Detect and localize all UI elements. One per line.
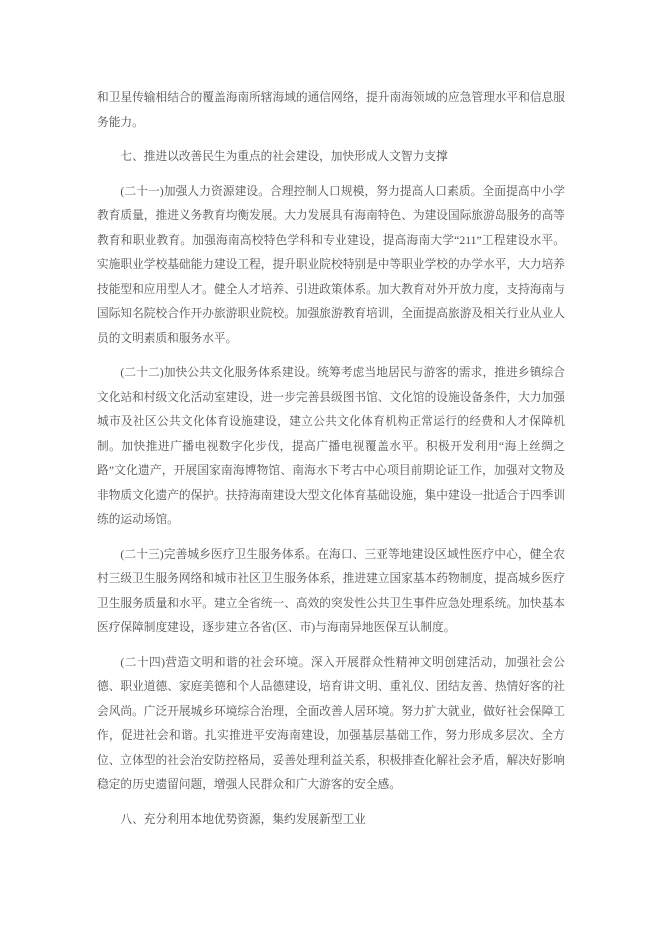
document-page: 和卫星传输相结合的覆盖海南所辖海域的通信网络，提升南海领域的应急管理水平和信息服… xyxy=(97,86,565,842)
body-paragraph: (二十三)完善城乡医疗卫生服务体系。在海口、三亚等地建设区域性医疗中心，健全农村… xyxy=(97,543,565,641)
body-paragraph: (二十二)加快公共文化服务体系建设。统筹考虑当地居民与游客的需求，推进乡镇综合文… xyxy=(97,361,565,533)
body-paragraph: (二十一)加强人力资源建设。合理控制人口规模，努力提高人口素质。全面提高中小学教… xyxy=(97,180,565,352)
section-heading: 八、充分利用本地优势资源，集约发展新型工业 xyxy=(97,808,565,833)
body-paragraph: (二十四)营造文明和谐的社会环境。深入开展群众性精神文明创建活动，加强社会公德、… xyxy=(97,651,565,798)
body-paragraph: 和卫星传输相结合的覆盖海南所辖海域的通信网络，提升南海领域的应急管理水平和信息服… xyxy=(97,86,565,135)
section-heading: 七、推进以改善民生为重点的社会建设，加快形成人文智力支撑 xyxy=(97,145,565,170)
